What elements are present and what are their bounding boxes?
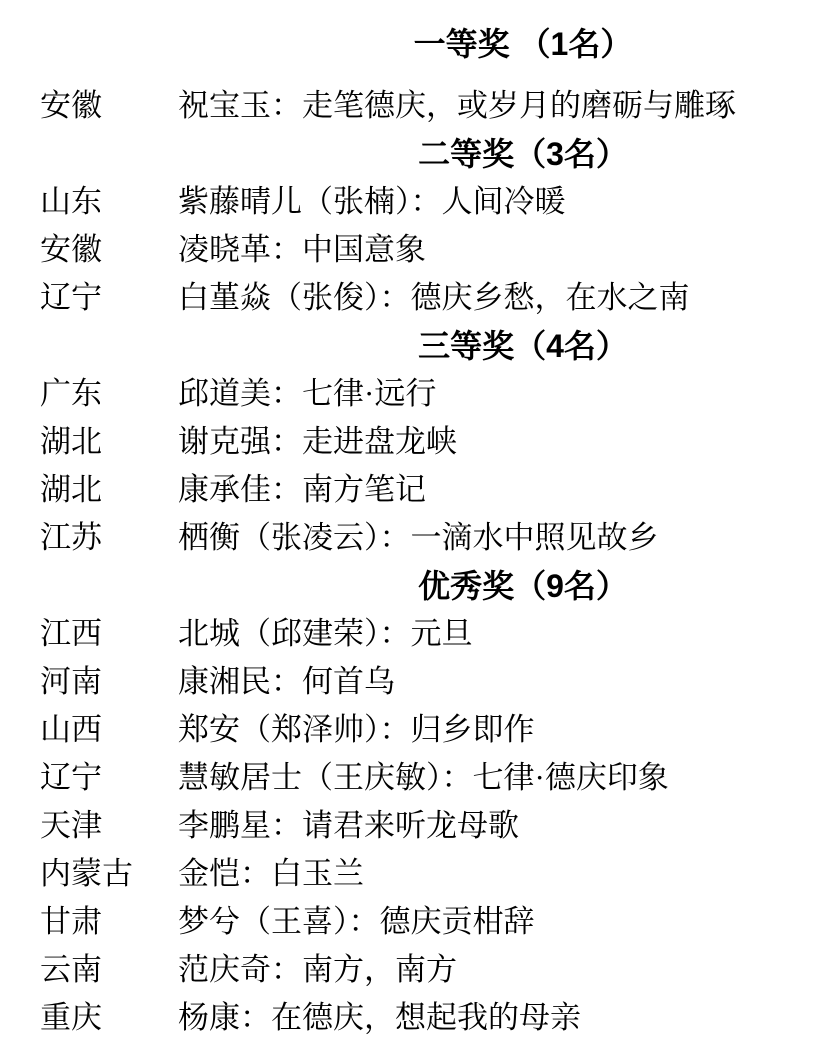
entry-work: 谢克强：走进盘龙峡: [178, 418, 457, 466]
section-heading: 三等奖（4名）: [0, 322, 833, 370]
entry-province: 广东: [40, 370, 178, 418]
entry-province: 安徽: [40, 226, 178, 274]
award-document: 一等奖 （1名）安徽祝宝玉：走笔德庆，或岁月的磨砺与雕琢二等奖（3名）山东紫藤晴…: [0, 0, 833, 1063]
award-list: 一等奖 （1名）安徽祝宝玉：走笔德庆，或岁月的磨砺与雕琢二等奖（3名）山东紫藤晴…: [0, 20, 833, 1042]
entry-row: 云南范庆奇：南方，南方: [0, 946, 833, 994]
entry-work: 梦兮（王喜）：德庆贡柑辞: [178, 898, 535, 946]
entry-province: 江苏: [40, 514, 178, 562]
entry-row: 辽宁白堇焱（张俊）：德庆乡愁，在水之南: [0, 274, 833, 322]
entry-row: 河南康湘民：何首乌: [0, 658, 833, 706]
entry-province: 重庆: [40, 994, 178, 1042]
entry-work: 康湘民：何首乌: [178, 658, 395, 706]
section-heading: 一等奖 （1名）: [0, 20, 833, 68]
entry-work: 李鹏星：请君来听龙母歌: [178, 802, 519, 850]
section-heading: 二等奖（3名）: [0, 130, 833, 178]
entry-province: 云南: [40, 946, 178, 994]
entry-work: 栖衡（张凌云）：一滴水中照见故乡: [178, 514, 659, 562]
entry-row: 辽宁慧敏居士（王庆敏）：七律·德庆印象: [0, 754, 833, 802]
entry-work: 北城（邱建荣）：元旦: [178, 610, 473, 658]
entry-work: 白堇焱（张俊）：德庆乡愁，在水之南: [178, 274, 690, 322]
entry-province: 湖北: [40, 418, 178, 466]
entry-row: 山东紫藤晴儿（张楠）：人间冷暖: [0, 178, 833, 226]
entry-work: 杨康：在德庆，想起我的母亲: [178, 994, 581, 1042]
entry-province: 天津: [40, 802, 178, 850]
section-heading: 优秀奖（9名）: [0, 562, 833, 610]
entry-province: 山东: [40, 178, 178, 226]
entry-work: 慧敏居士（王庆敏）：七律·德庆印象: [178, 754, 669, 802]
entry-row: 山西郑安（郑泽帅）：归乡即作: [0, 706, 833, 754]
entry-row: 天津李鹏星：请君来听龙母歌: [0, 802, 833, 850]
entry-province: 内蒙古: [40, 850, 178, 898]
entry-row: 江西北城（邱建荣）：元旦: [0, 610, 833, 658]
entry-row: 广东邱道美：七律·远行: [0, 370, 833, 418]
entry-work: 金恺：白玉兰: [178, 850, 364, 898]
entry-work: 凌晓革：中国意象: [178, 226, 426, 274]
entry-row: 江苏栖衡（张凌云）：一滴水中照见故乡: [0, 514, 833, 562]
entry-work: 祝宝玉：走笔德庆，或岁月的磨砺与雕琢: [178, 82, 736, 130]
entry-work: 康承佳：南方笔记: [178, 466, 426, 514]
entry-province: 河南: [40, 658, 178, 706]
entry-row: 湖北谢克强：走进盘龙峡: [0, 418, 833, 466]
entry-work: 紫藤晴儿（张楠）：人间冷暖: [178, 178, 566, 226]
entry-row: 内蒙古金恺：白玉兰: [0, 850, 833, 898]
entry-work: 范庆奇：南方，南方: [178, 946, 457, 994]
entry-province: 江西: [40, 610, 178, 658]
entry-province: 湖北: [40, 466, 178, 514]
entry-row: 安徽祝宝玉：走笔德庆，或岁月的磨砺与雕琢: [0, 82, 833, 130]
entry-work: 郑安（郑泽帅）：归乡即作: [178, 706, 535, 754]
entry-row: 重庆杨康：在德庆，想起我的母亲: [0, 994, 833, 1042]
entry-province: 安徽: [40, 82, 178, 130]
entry-province: 山西: [40, 706, 178, 754]
entry-province: 甘肃: [40, 898, 178, 946]
entry-row: 甘肃梦兮（王喜）：德庆贡柑辞: [0, 898, 833, 946]
entry-row: 湖北康承佳：南方笔记: [0, 466, 833, 514]
entry-row: 安徽凌晓革：中国意象: [0, 226, 833, 274]
entry-work: 邱道美：七律·远行: [178, 370, 436, 418]
entry-province: 辽宁: [40, 274, 178, 322]
entry-province: 辽宁: [40, 754, 178, 802]
